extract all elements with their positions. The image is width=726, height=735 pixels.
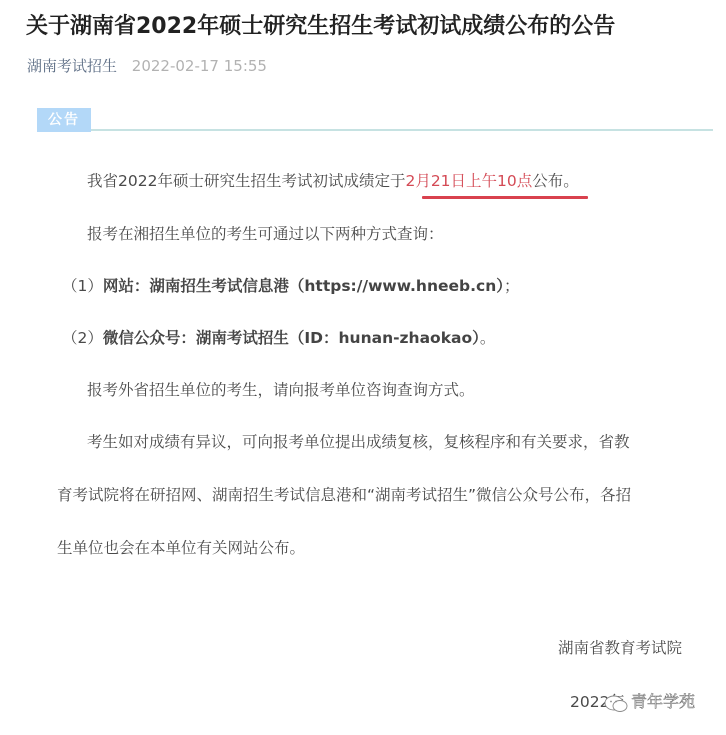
publish-datetime: 2022-02-17 15:55 [132, 57, 267, 75]
paragraph-announcement-date: 我省2022年硕士研究生招生考试初试成绩定于2月21日上午10点公布。 [87, 169, 579, 193]
paragraph-appeal-line-2: 育考试院将在研招网、湖南招生考试信息港和“湖南考试招生”微信公众号公布，各招 [57, 483, 631, 507]
p1-suffix: 公布。 [532, 172, 579, 190]
section-tag: 公告 [37, 108, 91, 132]
method-2-index: （2） [62, 329, 103, 347]
paragraph-method-website: （1）网站：湖南招生考试信息港（https://www.hneeb.cn）； [62, 274, 520, 298]
method-1-index: （1） [62, 277, 103, 295]
paragraph-method-wechat: （2）微信公众号：湖南考试招生（ID：hunan-zhaokao）。 [62, 326, 495, 350]
watermark-text: 青年学苑 [631, 690, 695, 714]
paragraph-appeal-line-3: 生单位也会在本单位有关网站公布。 [57, 536, 305, 560]
method-wechat-account: 微信公众号：湖南考试招生（ID：hunan-zhaokao） [103, 329, 480, 347]
p1-prefix: 我省2022年硕士研究生招生考试初试成绩定于 [87, 172, 405, 190]
paragraph-appeal-line-1: 考生如对成绩有异议，可向报考单位提出成绩复核，复核程序和有关要求，省教 [87, 430, 630, 454]
wechat-watermark-icon [604, 694, 628, 714]
section-divider [91, 129, 713, 131]
paragraph-query-methods: 报考在湘招生单位的考生可通过以下两种方式查询： [87, 222, 444, 246]
account-name-link[interactable]: 湖南考试招生 [27, 57, 117, 75]
highlighted-release-time: 2月21日上午10点 [405, 172, 532, 190]
signoff-organization: 湖南省教育考试院 [558, 636, 682, 660]
article-meta: 湖南考试招生 2022-02-17 15:55 [27, 55, 267, 77]
section-header: 公告 [37, 108, 713, 132]
method-website-link[interactable]: 网站：湖南招生考试信息港（https://www.hneeb.cn） [103, 277, 504, 295]
article-title: 关于湖南省2022年硕士研究生招生考试初试成绩公布的公告 [26, 11, 716, 43]
method-1-suffix: ； [504, 277, 520, 295]
article-page: 关于湖南省2022年硕士研究生招生考试初试成绩公布的公告 湖南考试招生 2022… [0, 0, 726, 735]
method-2-suffix: 。 [480, 329, 496, 347]
paragraph-out-of-province: 报考外省招生单位的考生，请向报考单位咨询查询方式。 [87, 378, 475, 402]
highlight-underline [422, 196, 588, 199]
